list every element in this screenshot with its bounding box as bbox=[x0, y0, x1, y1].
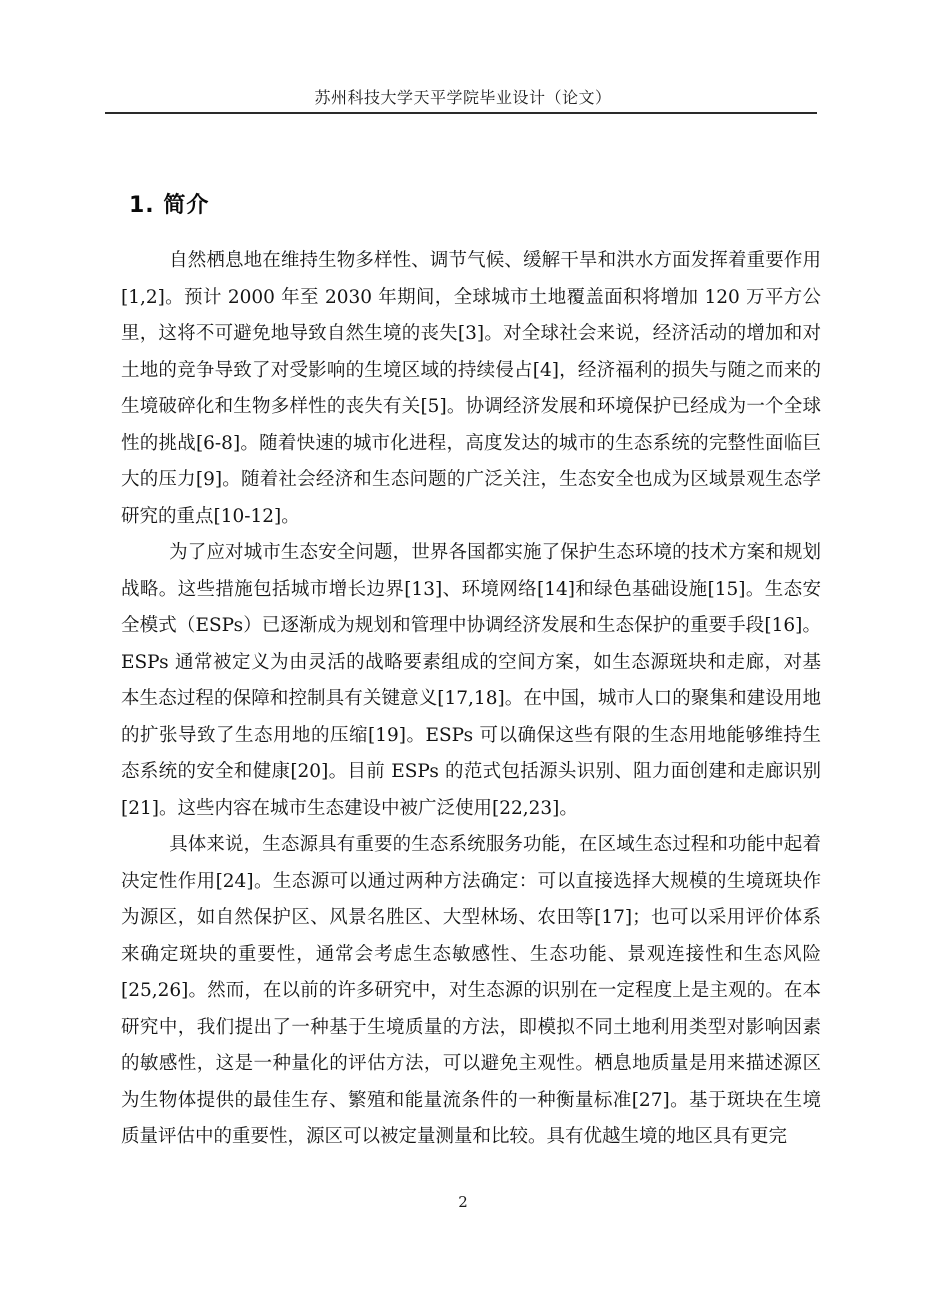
section-heading: 1. 简介 bbox=[129, 188, 209, 219]
paragraph-1: 自然栖息地在维持生物多样性、调节气候、缓解干旱和洪水方面发挥着重要作用[1,2]… bbox=[121, 243, 821, 535]
running-header: 苏州科技大学天平学院毕业设计（论文） bbox=[0, 85, 926, 108]
paragraph-3: 具体来说，生态源具有重要的生态系统服务功能，在区域生态过程和功能中起着决定性作用… bbox=[121, 827, 821, 1156]
paragraph-2: 为了应对城市生态安全问题，世界各国都实施了保护生态环境的技术方案和规划战略。这些… bbox=[121, 535, 821, 827]
document-page: 苏州科技大学天平学院毕业设计（论文） 1. 简介 自然栖息地在维持生物多样性、调… bbox=[0, 0, 926, 1309]
header-rule bbox=[105, 112, 817, 114]
body-text: 自然栖息地在维持生物多样性、调节气候、缓解干旱和洪水方面发挥着重要作用[1,2]… bbox=[121, 243, 821, 1168]
page-number: 2 bbox=[0, 1193, 926, 1211]
